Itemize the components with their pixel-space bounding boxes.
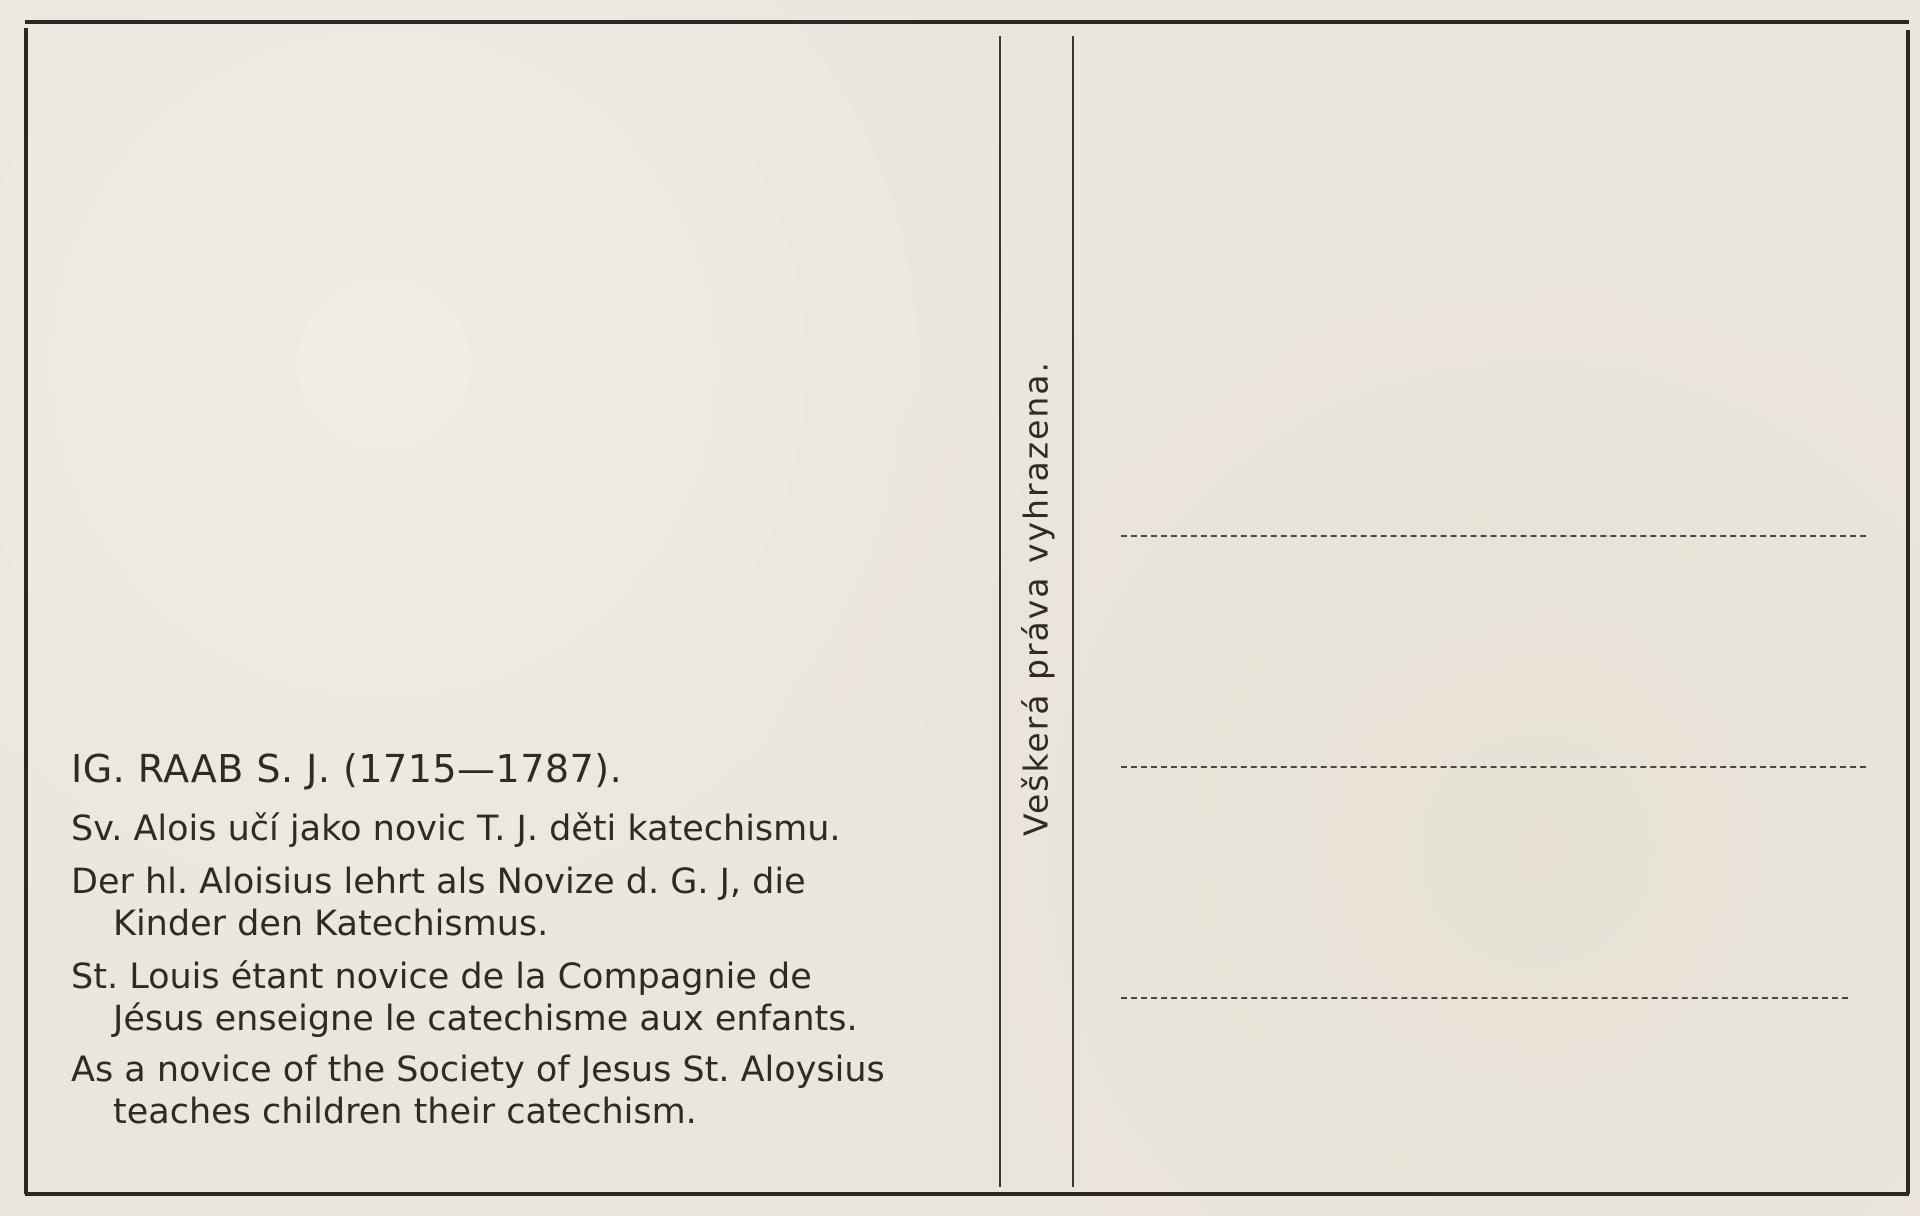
caption-english-line-2: teaches children their catechism. bbox=[113, 1092, 697, 1132]
center-divider-right bbox=[1072, 36, 1074, 1187]
caption-german-line-1: Der hl. Aloisius lehrt als Novize d. G. … bbox=[71, 862, 806, 902]
caption-english-line-1: As a novice of the Society of Jesus St. … bbox=[71, 1050, 885, 1090]
frame-border-top bbox=[25, 20, 1909, 24]
caption-french-line-2: Jésus enseigne le catechisme aux enfants… bbox=[113, 999, 858, 1039]
artist-title: IG. RAAB S. J. (1715—1787). bbox=[71, 748, 951, 790]
frame-border-left bbox=[24, 28, 28, 1194]
caption-czech-line-1: Sv. Alois učí jako novic T. J. děti kate… bbox=[71, 809, 841, 849]
caption-german-line-2: Kinder den Katechismus. bbox=[113, 904, 548, 944]
center-divider-left bbox=[999, 36, 1001, 1187]
frame-border-bottom bbox=[25, 1192, 1909, 1196]
address-line-1 bbox=[1121, 535, 1866, 537]
address-line-2 bbox=[1121, 766, 1866, 768]
address-line-3 bbox=[1121, 997, 1848, 999]
caption-french-line-1: St. Louis étant novice de la Compagnie d… bbox=[71, 957, 812, 997]
rights-reserved-notice: Veškerá práva vyhrazena. bbox=[1017, 360, 1056, 836]
frame-border-right bbox=[1906, 30, 1910, 1194]
